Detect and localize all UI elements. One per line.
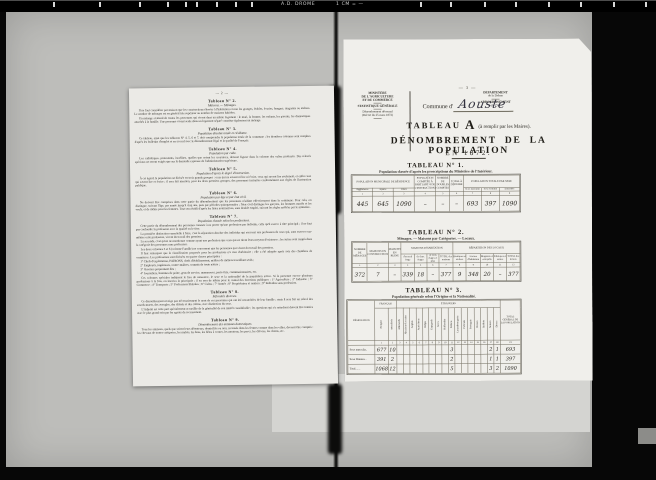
ruler-tick (548, 2, 550, 7)
ruler-tick (53, 2, 55, 7)
handwritten-value: 372 (353, 268, 368, 282)
column-label: Divers (494, 308, 501, 341)
handwritten-value: 645 (373, 196, 394, 212)
section-paragraph: Les catholiques, protestants, israélites… (135, 155, 311, 165)
ruler-tick (167, 2, 169, 7)
row-label: Total....... (348, 364, 375, 374)
section-paragraph: À cet égard, la population est divisée e… (135, 175, 311, 188)
tableau-1: TABLEAU N° 1.Population classée d'après … (352, 161, 520, 222)
column-group-label: POPULATION comptée à part (art. 8 de l'i… (414, 175, 436, 191)
section-paragraph: Ce tableau, ainsi que les tableaux N° 4,… (135, 135, 311, 145)
ruler-tick (580, 2, 582, 7)
column-group-label: MAISONS en construction (367, 243, 388, 264)
binding-shadow-bottom (328, 384, 342, 454)
column-group-label: MAISONS en ruine (388, 243, 401, 264)
column-label: naturalisés (388, 308, 397, 341)
table-subtitle: Population classée d'après les prescript… (352, 169, 520, 174)
filmstrip-edge-line (0, 0, 656, 1)
column-label: de deux étages (414, 254, 426, 263)
handwritten-value: – (427, 268, 439, 282)
column-group-label: ÉTRANGERS (396, 300, 500, 308)
column-label: Magasins et entrepôts (480, 254, 493, 263)
handwritten-value: – (436, 196, 450, 212)
handwritten-value: 693 (501, 345, 521, 355)
handwritten-value: 377 (439, 267, 453, 281)
handwritten-value: 693 (464, 196, 482, 212)
ruler-tick (216, 2, 218, 7)
ruler-tick (235, 2, 237, 7)
ruler-tick (515, 2, 517, 7)
table-subtitle: Ménages. — Maisons par Catégories. — Loc… (352, 236, 520, 241)
handwritten-value: 2 (388, 355, 396, 365)
right-page-number: — 3 — (343, 84, 591, 90)
commune-line: Commune d' Aouste (404, 97, 534, 113)
handwritten-value: 377 (507, 267, 520, 281)
column-label: TOTAL des locaux (507, 254, 520, 263)
frame-corner-patch (638, 428, 656, 444)
column-group-label: TOTAL général de la population (500, 300, 520, 340)
row-label: Sexe masculin.. (348, 345, 375, 355)
corner-block-line: ET DU COMMERCE (346, 98, 410, 102)
column-label: d'origine (375, 308, 388, 341)
handwritten-value: – (494, 267, 507, 281)
column-group-label: MAISONS D'HABITATION (401, 242, 453, 254)
handwritten-value: – (450, 196, 464, 212)
handwritten-value: 391 (375, 355, 388, 365)
column-group-label: RÉPARTITION DES LOCAUX (453, 242, 520, 254)
section-paragraph: Ne doivent être comprises dans cette par… (136, 199, 312, 212)
column-label: TOTAL des maisons (439, 254, 453, 263)
ruler-tick (251, 2, 253, 7)
handwritten-value: 677 (375, 345, 388, 355)
handwritten-value: 18 (414, 268, 426, 282)
filmstrip-scale-label: 1 CM = — (336, 2, 364, 7)
section-paragraph: Un ménage s'entend de toutes les personn… (134, 115, 310, 125)
column-group-label: NOMBRE de doubles comptes (436, 175, 450, 191)
handwritten-value: 397 (501, 354, 521, 364)
corner-block-line: STATISTIQUE GÉNÉRALE (346, 104, 410, 108)
section-paragraph: Tous les animaux, quels que soient leurs… (137, 326, 313, 336)
ruler-tick (420, 2, 422, 7)
form-note: (à remplir par les Maires). (478, 125, 530, 130)
handwritten-value: – (388, 268, 401, 282)
handwritten-value: 10 (388, 345, 396, 355)
left-page-number: — 2 — (134, 90, 310, 96)
year-line: EN 1872. (364, 149, 574, 158)
form-letter: A (465, 117, 474, 132)
filmstrip-archive-label: A.D. DROME (281, 2, 315, 7)
handwritten-value: 7 (367, 268, 388, 282)
handwritten-value: 397 (481, 195, 499, 211)
handwritten-value: – (414, 196, 436, 212)
form-title: TABLEAU (406, 120, 461, 130)
handwritten-value: 445 (352, 196, 373, 212)
instruction-sections: Tableau N° 2.Maisons. — Ménages.Il ne fa… (134, 97, 313, 335)
column-label: de trois étages et plus (427, 254, 439, 263)
column-group-label: NOMBRE de ménages (352, 243, 367, 264)
ruler-tick (139, 2, 141, 7)
ruler-tick (99, 2, 101, 7)
table-subtitle: Population générale selon l'Origine et l… (347, 294, 520, 299)
column-label: Boutiques et ateliers (453, 254, 466, 263)
microfilm-frame: A.D. DROME 1 CM = — — 2 — Tableau N° 2.M… (0, 0, 656, 480)
commune-label: Commune d' (423, 104, 454, 110)
filmstrip-ruler: A.D. DROME 1 CM = — (0, 0, 656, 12)
column-label: Fabriques et usines (494, 254, 507, 263)
form-title-line: TABLEAU A (à remplir par les Maires). (384, 115, 554, 134)
handwritten-value: 339 (401, 268, 414, 282)
section-paragraph: L'Adjoint est cette part spécialement ac… (137, 306, 313, 316)
year-underline (452, 158, 486, 159)
handwritten-value: 9 (453, 267, 466, 281)
handwritten-value: 1090 (393, 196, 414, 212)
tableau-3: TABLEAU N° 3.Population générale selon l… (347, 286, 520, 377)
handwritten-value: 12 (388, 364, 396, 374)
tableau-2: TABLEAU N° 2.Ménages. — Maisons par Caté… (352, 228, 520, 287)
right-page-form: — 3 — MINISTÈREDE L'AGRICULTUREET DU COM… (343, 38, 592, 381)
handwritten-value: 1068 (375, 364, 388, 374)
row-label: Sexe féminin... (348, 355, 375, 365)
commune-name-handwritten: Aouste (453, 97, 515, 112)
ruler-tick (196, 2, 198, 7)
handwritten-value: 1090 (501, 364, 521, 374)
handwritten-value: 1090 (499, 195, 519, 211)
column-group-label: TOTAL à déduire (450, 175, 464, 191)
column-group-label: POPULATION MUNICIPALE DE RÉSIDENCE (352, 175, 414, 188)
ruler-tick (645, 2, 647, 7)
column-label: d'un seul étage (401, 254, 414, 263)
handwritten-value: 348 (466, 267, 480, 281)
column-group-label: POPULATION TOTALE PAR SEXE (463, 175, 519, 188)
column-group-label: FRANÇAIS (375, 301, 397, 309)
ruler-tick (613, 2, 615, 7)
left-page-instructions: — 2 — Tableau N° 2.Maisons. — Ménages.Il… (129, 86, 338, 387)
ruler-tick (484, 2, 486, 7)
ruler-tick (450, 2, 452, 7)
ruler-tick (185, 2, 187, 7)
section-paragraph: Ces colonnes spéciales indiquent le lieu… (137, 274, 313, 287)
column-label: Locaux d'habitation (466, 254, 480, 263)
handwritten-value: 20 (481, 267, 494, 281)
row-header-label: DÉSIGNATION (348, 301, 375, 341)
